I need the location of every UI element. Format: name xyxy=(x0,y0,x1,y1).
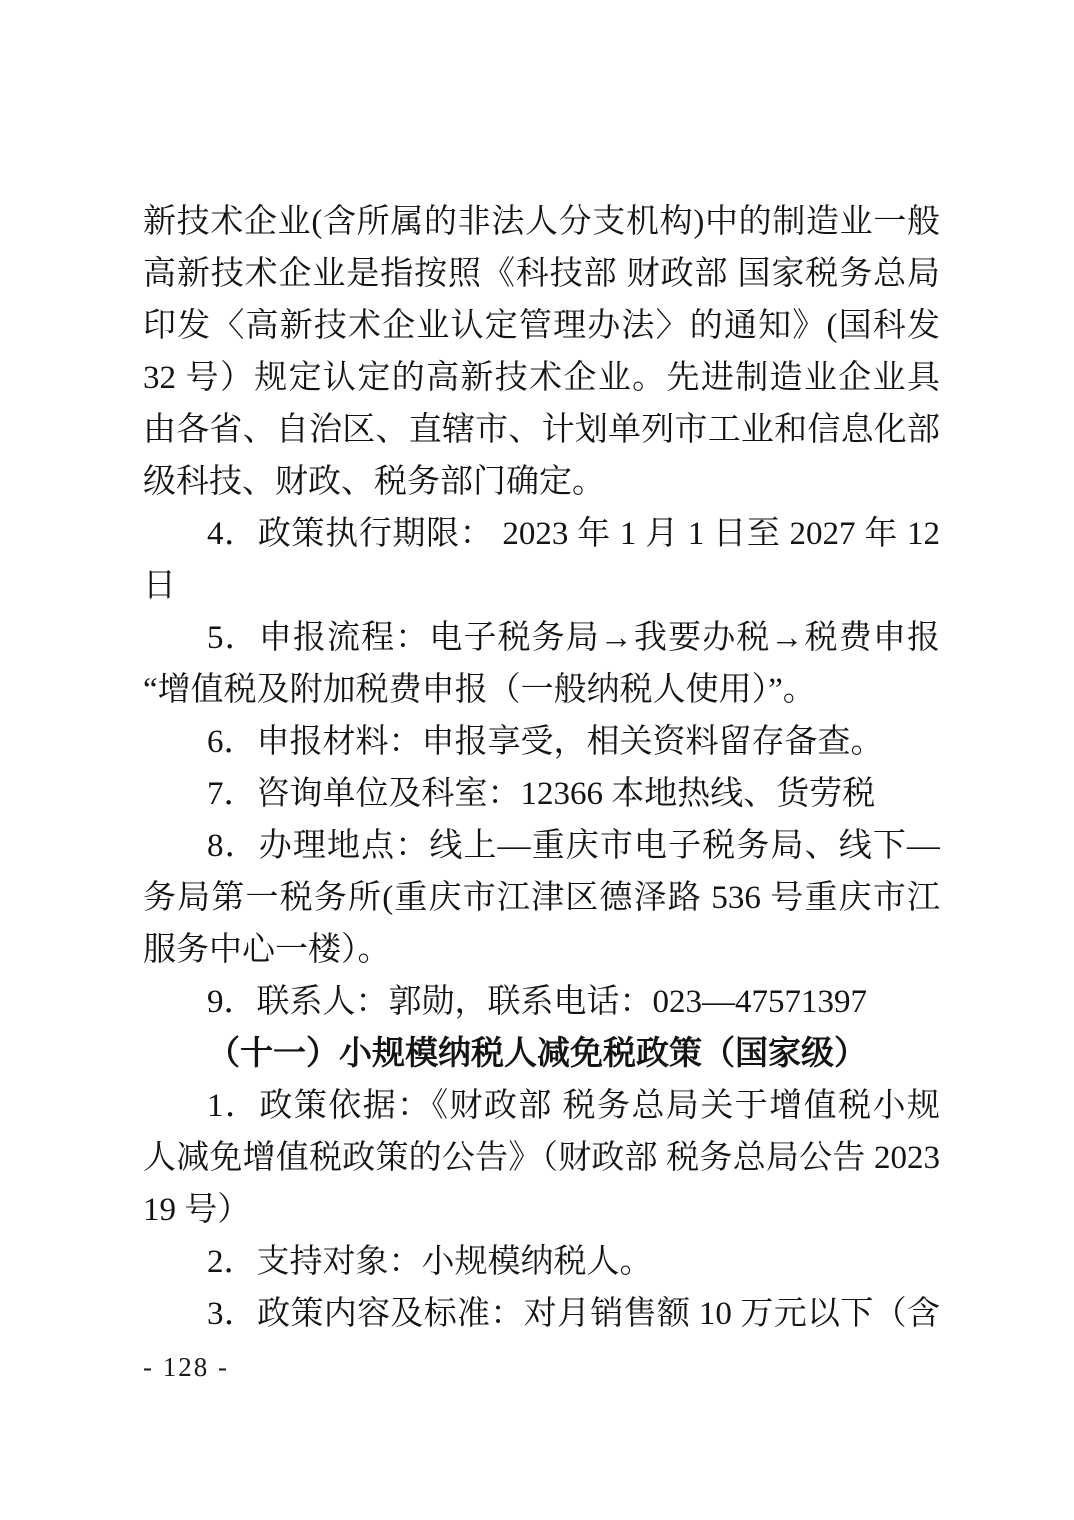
text-line: 2．支持对象：小规模纳税人。 xyxy=(143,1236,940,1288)
document-body: 新技术企业(含所属的非法人分支机构)中的制造业一般纳税人， 高新技术企业是指按照… xyxy=(143,196,940,1340)
section-heading: （十一）小规模纳税人减免税政策（国家级） xyxy=(143,1028,940,1080)
text-line: 7．咨询单位及科室：12366 本地热线、货劳税科。 xyxy=(143,768,940,820)
page-number: - 128 - xyxy=(143,1352,229,1382)
text-line: “增值税及附加税费申报（一般纳税人使用）”。 xyxy=(143,664,940,716)
document-page: 新技术企业(含所属的非法人分支机构)中的制造业一般纳税人， 高新技术企业是指按照… xyxy=(0,0,1074,1520)
text-line: 印发〈高新技术企业认定管理办法〉的通知》(国科发火〔2016〕 xyxy=(143,300,940,352)
text-line: 19 号） xyxy=(143,1184,940,1236)
text-line: 3．政策内容及标准：对月销售额 10 万元以下（含本数）的 xyxy=(143,1288,940,1340)
text-line: 高新技术企业是指按照《科技部 财政部 国家税务总局关于修订 xyxy=(143,248,940,300)
text-line: 8．办理地点：线上—重庆市电子税务局、线下—江津区税 xyxy=(143,820,940,872)
text-line: 9．联系人：郭勋，联系电话：023—47571397 xyxy=(143,976,940,1028)
text-line: 级科技、财政、税务部门确定。 xyxy=(143,456,940,508)
text-line: 日 xyxy=(143,560,940,612)
text-line: 1．政策依据：《财政部 税务总局关于增值税小规模纳税 xyxy=(143,1080,940,1132)
text-line: 新技术企业(含所属的非法人分支机构)中的制造业一般纳税人， xyxy=(143,196,940,248)
text-line: 4．政策执行期限： 2023 年 1 月 1 日至 2027 年 12 月 31 xyxy=(143,508,940,560)
text-line: 6．申报材料：申报享受，相关资料留存备查。 xyxy=(143,716,940,768)
text-line: 人减免增值税政策的公告》（财政部 税务总局公告 2023 年第 xyxy=(143,1132,940,1184)
text-line: 务局第一税务所(重庆市江津区德泽路 536 号重庆市江津区政务 xyxy=(143,872,940,924)
text-line: 32 号）规定认定的高新技术企业。先进制造业企业具体名单， xyxy=(143,352,940,404)
text-line: 由各省、自治区、直辖市、计划单列市工业和信息化部门会同同 xyxy=(143,404,940,456)
text-line: 服务中心一楼）。 xyxy=(143,924,940,976)
text-line: 5．申报流程：电子税务局→我要办税→税费申报及缴纳→ xyxy=(143,612,940,664)
